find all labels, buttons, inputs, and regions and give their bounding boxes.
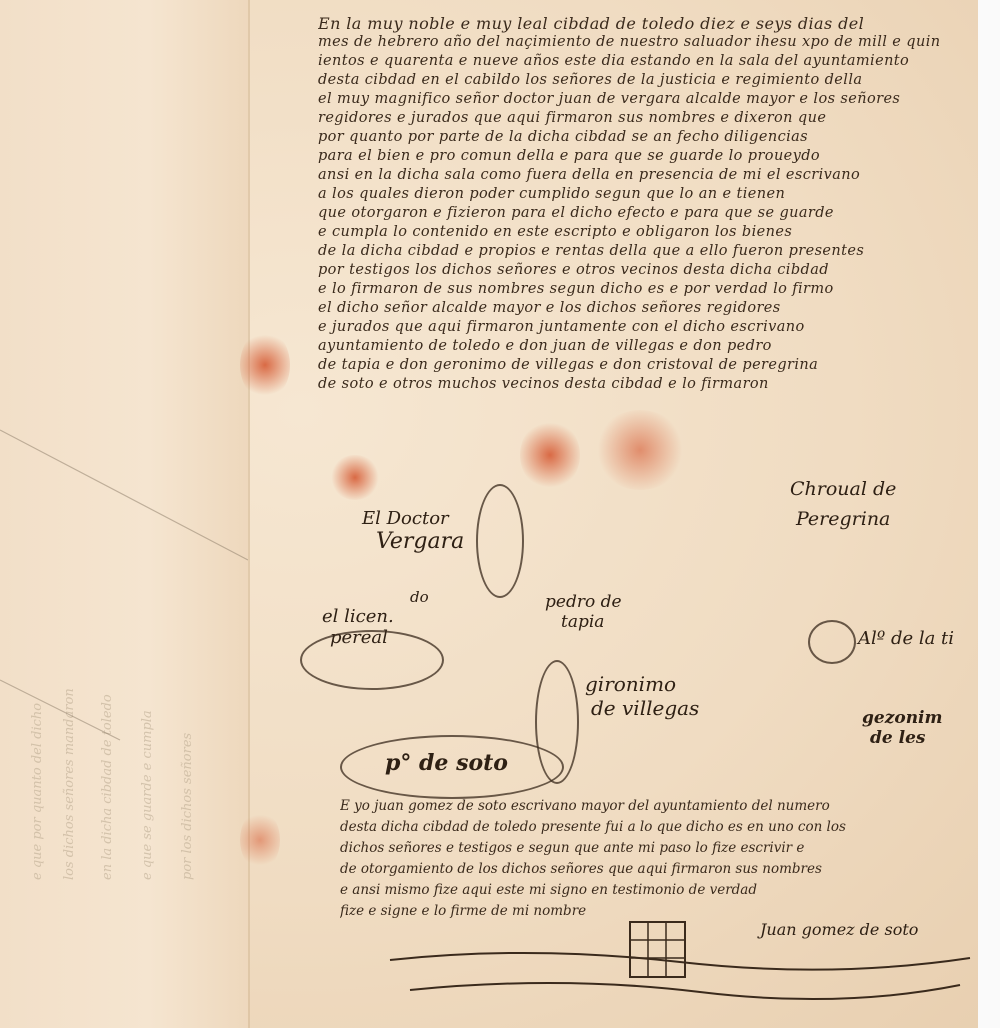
red-stain: [595, 410, 685, 490]
text-line: por testigos los dichos señores e otros …: [318, 261, 978, 280]
red-stain: [240, 810, 280, 870]
signature-cristoval-de-peregrina: Chroual de Peregrina: [790, 478, 896, 530]
closing-signature: Juan gomez de soto: [760, 920, 918, 939]
text-line: e lo firmaron de sus nombres segun dicho…: [318, 280, 978, 299]
signature-alonso-de-la-ti: Alº de la ti: [858, 628, 954, 649]
red-stain: [520, 420, 580, 490]
attestation-line: desta dicha cibdad de toledo presente fu…: [340, 817, 960, 838]
signature-flourish: [340, 735, 564, 799]
text-line: por quanto por parte de la dicha cibdad …: [318, 128, 978, 147]
text-line: de tapia e don geronimo de villegas e do…: [318, 356, 978, 375]
text-line: ayuntamiento de toledo e don juan de vil…: [318, 337, 978, 356]
text-line: ientos e quarenta e nueve años este dia …: [318, 52, 978, 71]
text-line: el dicho señor alcalde mayor e los dicho…: [318, 299, 978, 318]
notarial-attestation: E yo juan gomez de soto escrivano mayor …: [340, 796, 960, 922]
signature-doctor-vergara: El Doctor Vergara: [362, 508, 464, 554]
main-text-block: En la muy noble e muy leal cibdad de tol…: [318, 14, 978, 394]
text-line: de la dicha cibdad e propios e rentas de…: [318, 242, 978, 261]
signature-pedro-de-tapia: pedro de tapia: [545, 592, 622, 632]
signature-geronimo-de-les: gezonim de les: [862, 708, 943, 748]
diagonal-crease-lines: [0, 0, 248, 1028]
text-line: En la muy noble e muy leal cibdad de tol…: [318, 14, 978, 33]
text-line: para el bien e pro comun della e para qu…: [318, 147, 978, 166]
text-line: mes de hebrero año del naçimiento de nue…: [318, 33, 978, 52]
torn-right-edge: [978, 0, 1000, 1028]
fold-crease: [248, 0, 250, 1028]
text-line: e jurados que aqui firmaron juntamente c…: [318, 318, 978, 337]
text-line: el muy magnifico señor doctor juan de ve…: [318, 90, 978, 109]
closing-flourishes: [380, 940, 980, 1010]
text-line: regidores e jurados que aqui firmaron su…: [318, 109, 978, 128]
red-stain: [330, 455, 380, 500]
attestation-line: dichos señores e testigos e segun que an…: [340, 838, 960, 859]
left-folded-panel: e que por quanto del dicho los dichos se…: [0, 0, 248, 1028]
signature-flourish: [300, 630, 444, 690]
signature-flourish: [808, 620, 856, 664]
signature-geronimo-de-villegas: gironimo de villegas: [585, 672, 699, 720]
attestation-line: e ansi mismo fize aqui este mi signo en …: [340, 880, 960, 901]
red-stain: [240, 330, 290, 400]
attestation-line: E yo juan gomez de soto escrivano mayor …: [340, 796, 960, 817]
text-line: de soto e otros muchos vecinos desta cib…: [318, 375, 978, 394]
text-line: ansi en la dicha sala como fuera della e…: [318, 166, 978, 185]
text-line: que otorgaron e fizieron para el dicho e…: [318, 204, 978, 223]
attestation-line: de otorgamiento de los dichos señores qu…: [340, 859, 960, 880]
signature-flourish: [476, 484, 524, 598]
text-line: a los quales dieron poder cumplido segun…: [318, 185, 978, 204]
manuscript-page: e que por quanto del dicho los dichos se…: [0, 0, 1000, 1028]
text-line: desta cibdad en el cabildo los señores d…: [318, 71, 978, 90]
text-line: e cumpla lo contenido en este escripto e…: [318, 223, 978, 242]
